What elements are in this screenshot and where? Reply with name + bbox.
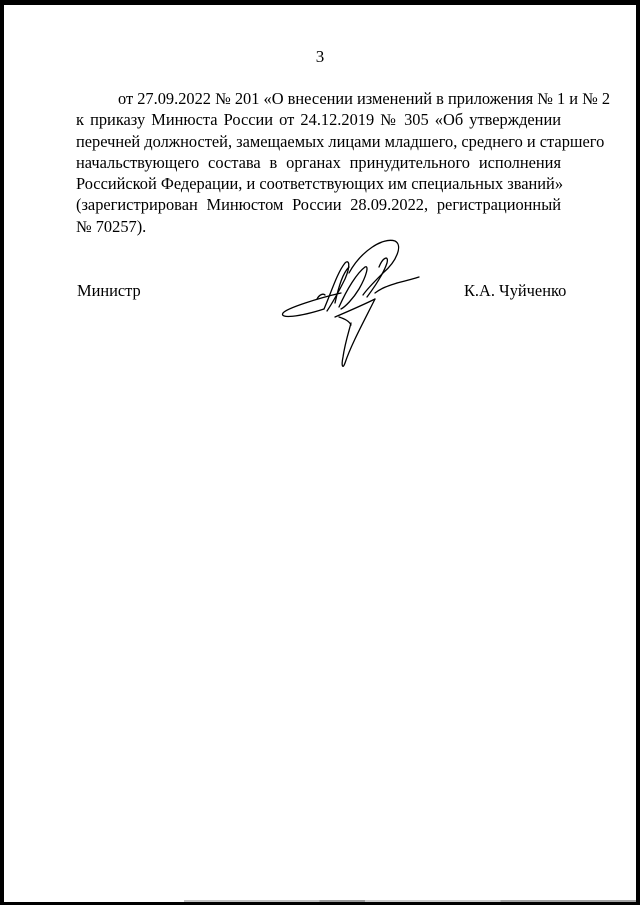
page-number: 3	[4, 47, 636, 67]
paragraph-line: Российской Федерации, и соответствующих …	[76, 173, 561, 194]
signatory-name: К.А. Чуйченко	[464, 281, 566, 301]
paragraph-line: к приказу Минюста России от 24.12.2019 №…	[76, 109, 561, 130]
signatory-title: Министр	[77, 281, 141, 301]
paragraph-line: перечней должностей, замещаемых лицами м…	[76, 131, 561, 152]
paragraph-line: начальствующего состава в органах принуд…	[76, 152, 561, 173]
document-page: 3 от 27.09.2022 № 201 «О внесении измене…	[4, 5, 636, 902]
scan-edge	[184, 900, 636, 902]
paragraph-line: (зарегистрирован Минюстом России 28.09.2…	[76, 194, 561, 215]
body-paragraph: от 27.09.2022 № 201 «О внесении изменени…	[76, 88, 561, 237]
handwritten-signature	[279, 233, 424, 373]
paragraph-line: от 27.09.2022 № 201 «О внесении изменени…	[76, 88, 561, 109]
